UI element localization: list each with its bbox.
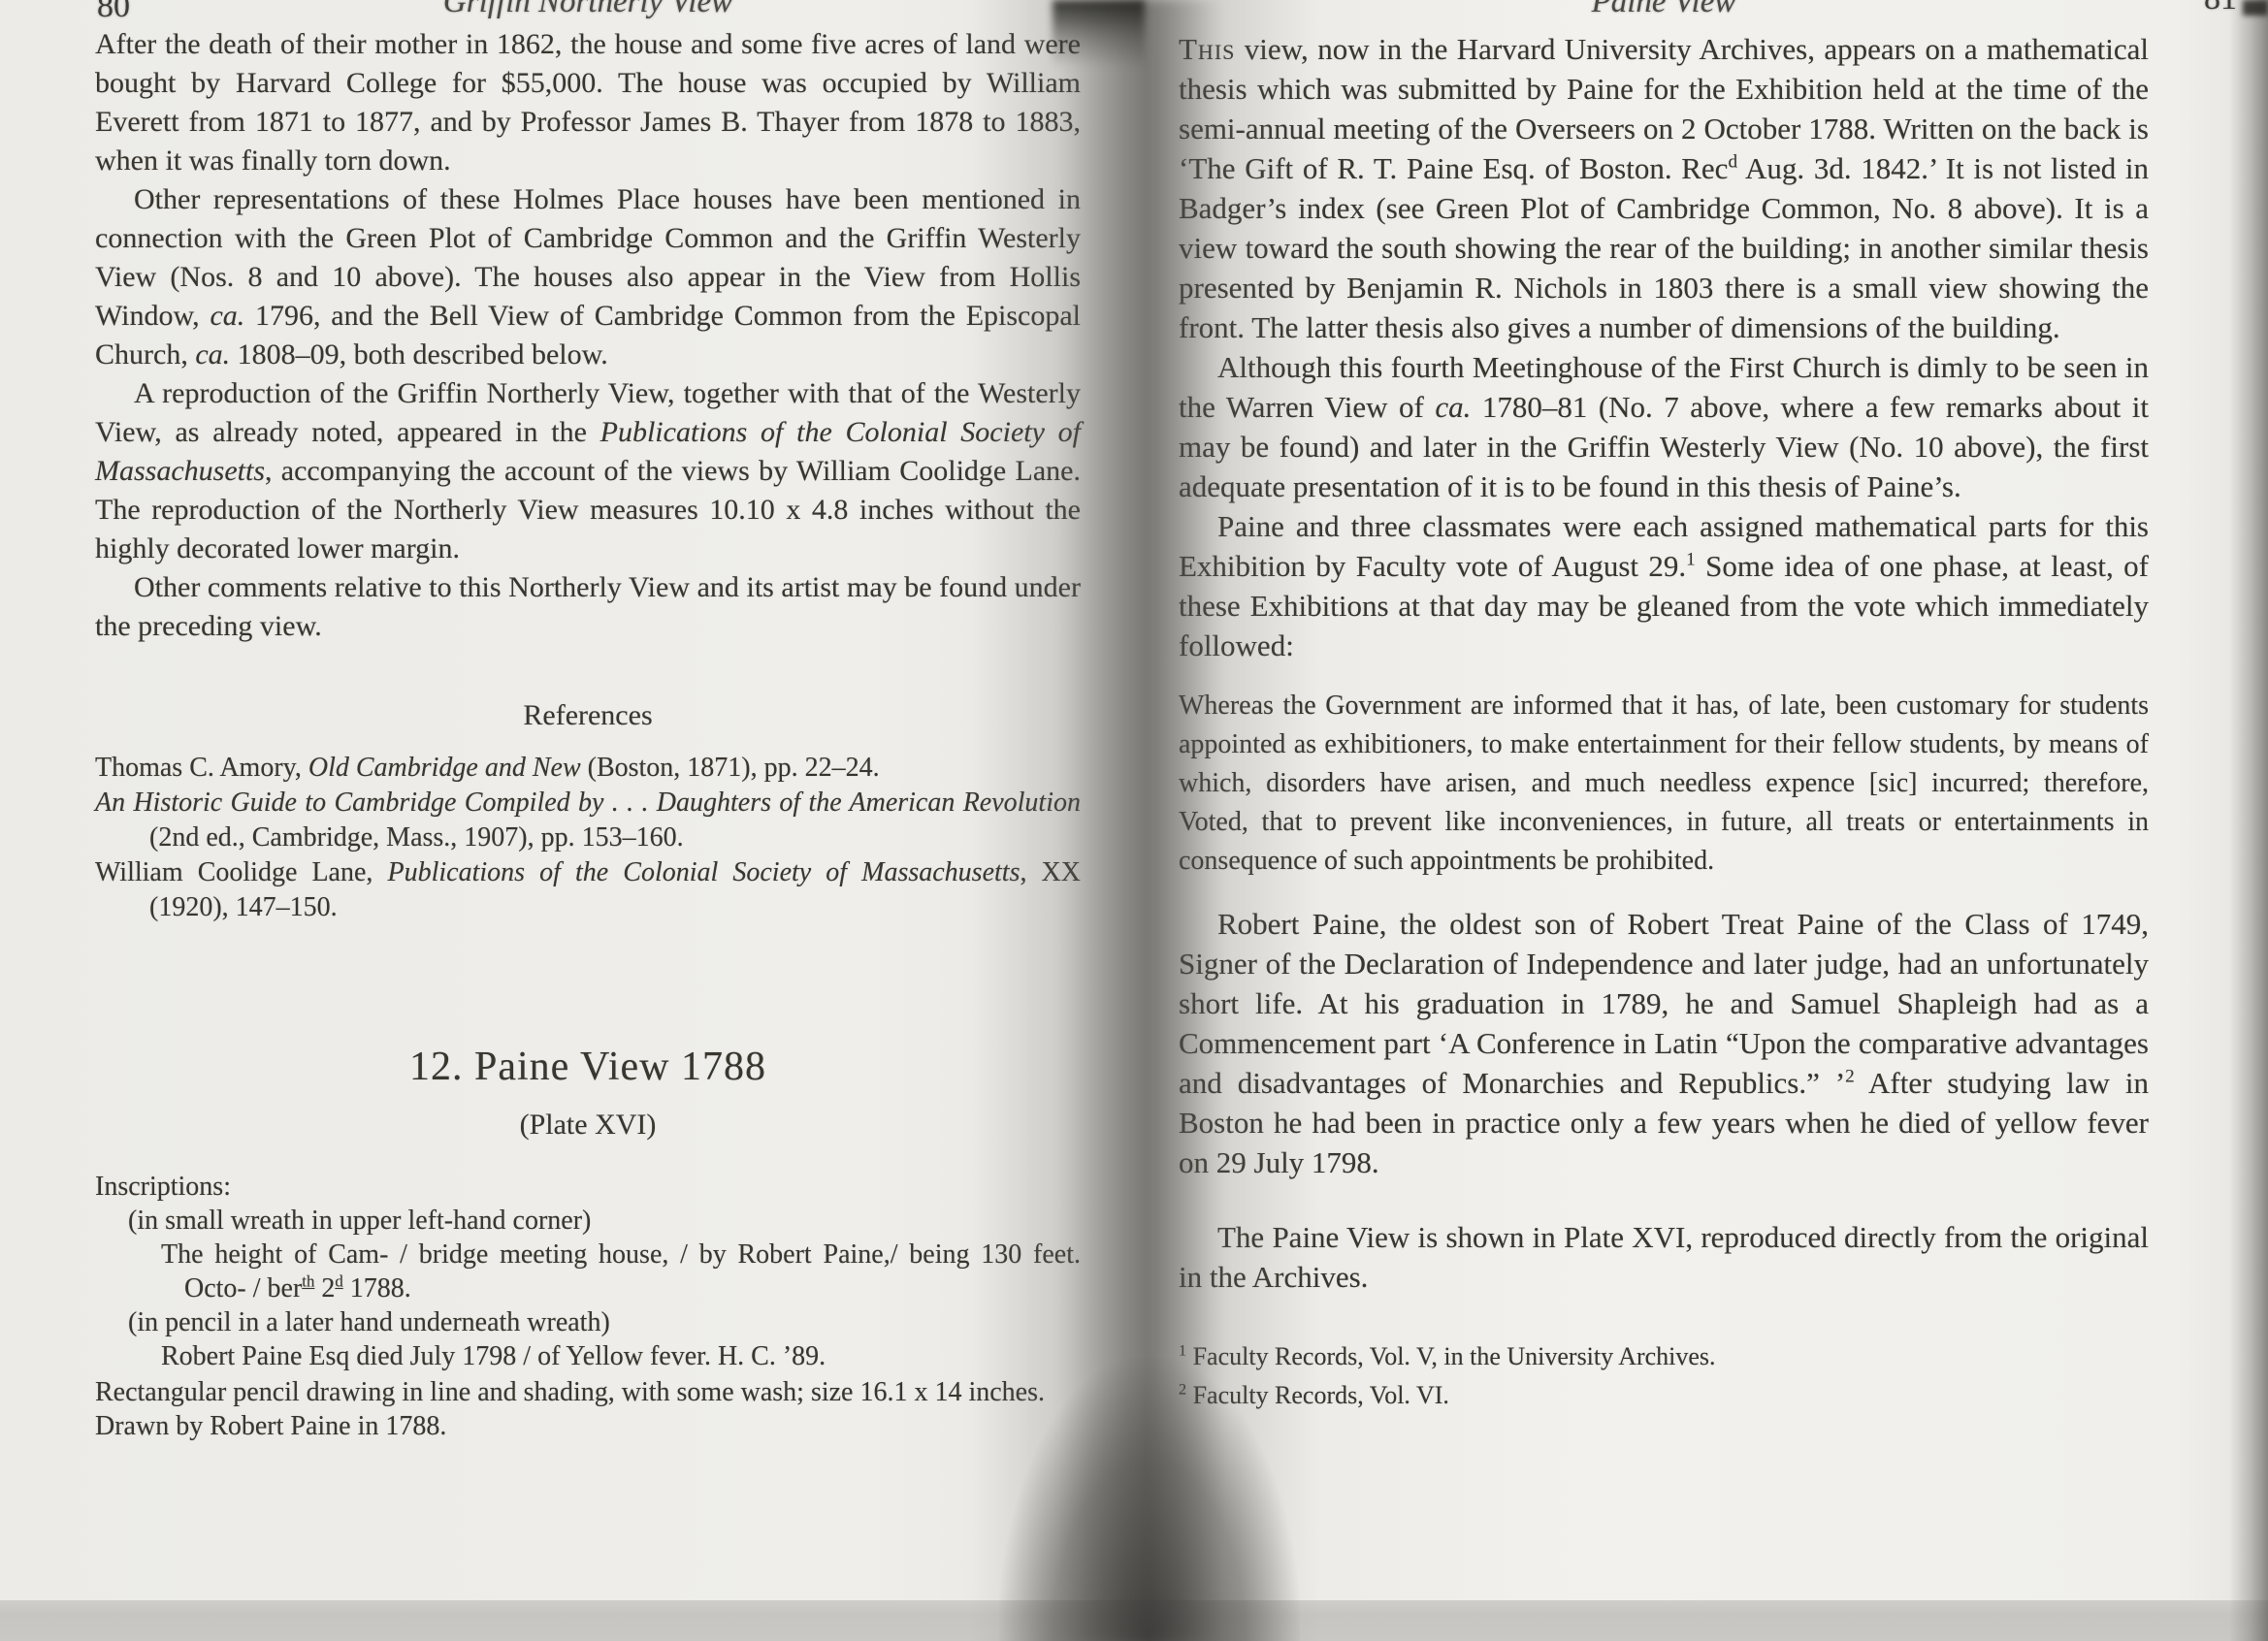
paragraph: After the death of their mother in 1862,… [95, 25, 1081, 180]
italic-text: ca. [1435, 390, 1471, 424]
right-page: This view, now in the Harvard University… [1179, 29, 2149, 1415]
inscription-location-note: (in pencil in a later hand underneath wr… [95, 1305, 1081, 1339]
paragraph: Paine and three classmates were each ass… [1179, 506, 2149, 665]
footnote-text: Faculty Records, Vol. VI. [1193, 1381, 1449, 1409]
footnote-marker: 2 [1179, 1381, 1186, 1398]
block-quote: Whereas the Government are informed that… [1179, 687, 2149, 881]
paragraph: Robert Paine, the oldest son of Robert T… [1179, 904, 2149, 1182]
footnote: 1 Faculty Records, Vol. V, in the Univer… [1179, 1337, 2149, 1376]
scan-bottom-edge-strip [0, 1600, 2268, 1641]
book-spread-scan: 80 Griffin Northerly View Paine View 81 … [0, 0, 2268, 1641]
inscription-segment: 1788. [343, 1273, 411, 1303]
reference-entry: Thomas C. Amory, Old Cambridge and New (… [95, 751, 1081, 786]
paragraph: Other representations of these Holmes Pl… [95, 180, 1081, 374]
paragraph-text: Other comments relative to this Northerl… [95, 571, 1081, 642]
superscript: d [1728, 152, 1737, 173]
medium-description: Rectangular pencil drawing in line and s… [95, 1375, 1081, 1409]
italic-text: ca. [195, 338, 230, 370]
italic-title: Publications of the Colonial Society of … [388, 857, 1021, 887]
superscript: d [335, 1272, 342, 1291]
paragraph: This view, now in the Harvard University… [1179, 29, 2149, 347]
reference-text: William Coolidge Lane, [95, 857, 388, 887]
inscription-text: Robert Paine Esq died July 1798 / of Yel… [95, 1339, 1081, 1373]
footnote-marker: 1 [1686, 550, 1696, 570]
paragraph-text: 1808–09, both described below. [230, 338, 608, 370]
reference-entry: William Coolidge Lane, Publications of t… [95, 855, 1081, 925]
italic-title: An Historic Guide to Cambridge Compiled … [95, 788, 1081, 818]
paragraph: The Paine View is shown in Plate XVI, re… [1179, 1217, 2149, 1297]
footnote-text: Faculty Records, Vol. V, in the Universi… [1193, 1342, 1716, 1370]
italic-title: Old Cambridge and New [308, 753, 581, 783]
italic-text: ca. [210, 300, 244, 332]
left-page: After the death of their mother in 1862,… [95, 25, 1081, 1443]
paragraph: Although this fourth Meetinghouse of the… [1179, 347, 2149, 506]
references-list: Thomas C. Amory, Old Cambridge and New (… [95, 751, 1081, 925]
inscription-location-note: (in small wreath in upper left-hand corn… [95, 1204, 1081, 1238]
right-page-number: 81 [2204, 0, 2237, 17]
plate-reference: (Plate XVI) [95, 1106, 1081, 1144]
inscription-segment: 2 [314, 1273, 335, 1303]
superscript: th [302, 1272, 314, 1291]
attribution: Drawn by Robert Paine in 1788. [95, 1409, 1081, 1443]
scan-top-right-corner-mark [2243, 0, 2268, 16]
page-right-edge-shadow [2229, 0, 2268, 1641]
footnotes-block: 1 Faculty Records, Vol. V, in the Univer… [1179, 1337, 2149, 1415]
reference-text: (Boston, 1871), pp. 22–24. [581, 753, 880, 783]
references-heading: References [95, 696, 1081, 735]
inscriptions-block: Inscriptions: (in small wreath in upper … [95, 1170, 1081, 1443]
right-running-head: Paine View [1179, 0, 2149, 20]
lead-word-smallcaps: This [1179, 32, 1235, 66]
inscriptions-label: Inscriptions: [95, 1170, 1081, 1204]
reference-text: Thomas C. Amory, [95, 753, 308, 783]
paragraph-text: The Paine View is shown in Plate XVI, re… [1179, 1220, 2149, 1294]
reference-entry: An Historic Guide to Cambridge Compiled … [95, 786, 1081, 855]
section-heading: 12. Paine View 1788 [95, 1047, 1081, 1086]
footnote-marker: 2 [1845, 1067, 1855, 1087]
inscription-segment: The height of Cam- / bridge meeting hous… [161, 1239, 1081, 1303]
left-running-head: Griffin Northerly View [95, 0, 1081, 20]
reference-text: (2nd ed., Cambridge, Mass., 1907), pp. 1… [149, 822, 684, 853]
inscription-text: The height of Cam- / bridge meeting hous… [95, 1238, 1081, 1305]
paragraph: A reproduction of the Griffin Northerly … [95, 374, 1081, 568]
paragraph-text: After the death of their mother in 1862,… [95, 28, 1081, 177]
footnote: 2 Faculty Records, Vol. VI. [1179, 1376, 2149, 1415]
paragraph: Other comments relative to this Northerl… [95, 568, 1081, 646]
footnote-marker: 1 [1179, 1342, 1186, 1359]
